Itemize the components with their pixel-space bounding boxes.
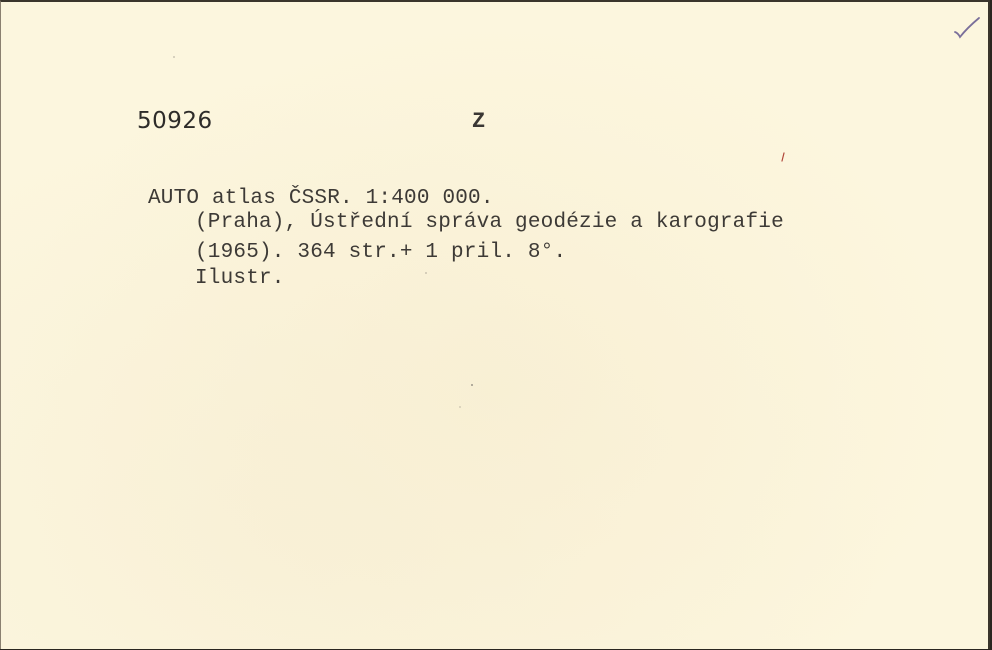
paper-speck xyxy=(173,56,175,58)
paper-speck xyxy=(459,406,461,408)
paper-speck xyxy=(425,272,427,274)
entry-title-line: AUTO atlas ČSSR. 1:400 000. xyxy=(148,188,494,209)
entry-collation-line: (1965). 364 str.+ 1 pril. 8°. xyxy=(195,242,566,263)
entry-publisher-line: (Praha), Ústřední správa geodézie a karo… xyxy=(195,212,784,233)
accession-number: 50926 xyxy=(137,110,213,133)
card-marker-letter: Z xyxy=(472,111,485,133)
catalog-card: 50926 Z AUTO atlas ČSSR. 1:400 000. (Pra… xyxy=(0,0,990,649)
entry-illustration-note: Ilustr. xyxy=(195,268,285,289)
checkmark-icon xyxy=(953,16,981,40)
pencil-mark-icon xyxy=(781,152,785,162)
paper-speck xyxy=(471,384,473,386)
